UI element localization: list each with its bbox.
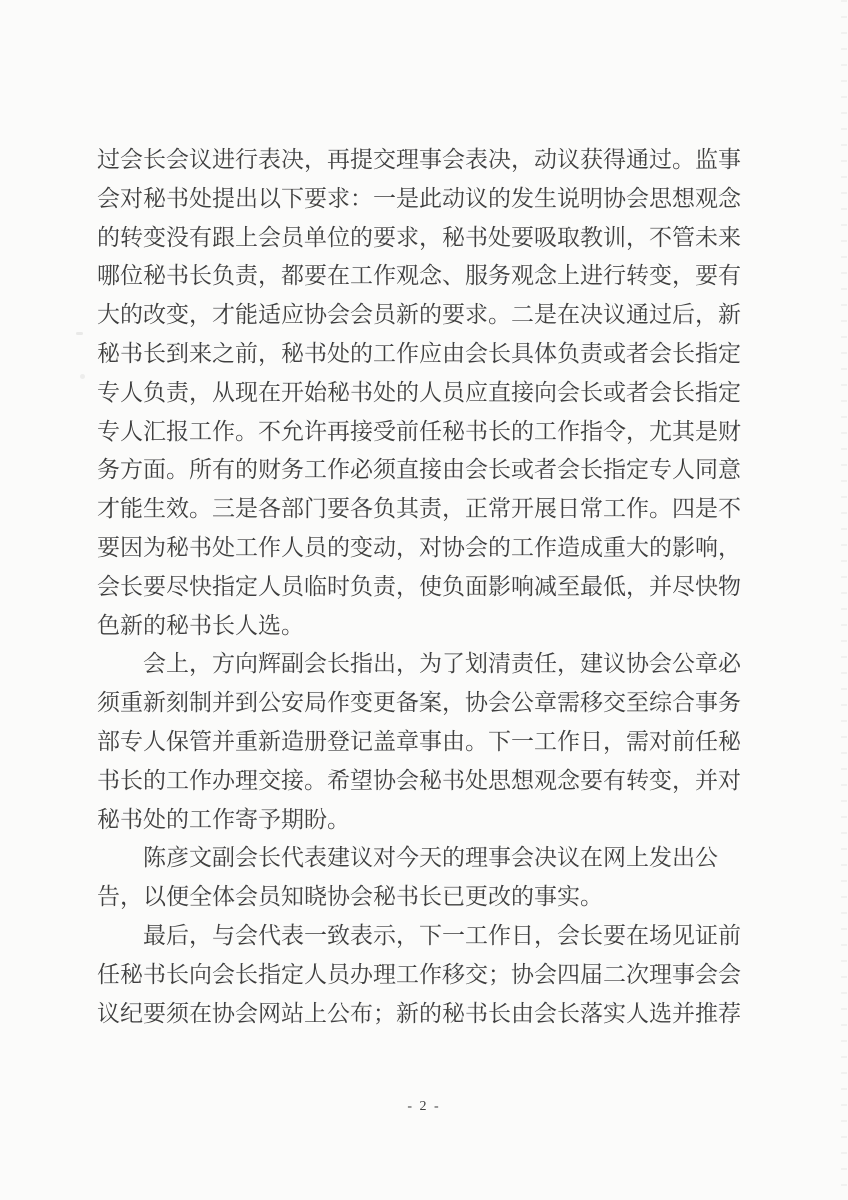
text-line: 秘书处的工作寄予期盼。 xyxy=(97,801,741,840)
text-line: 任秘书长向会长指定人员办理工作移交；协会四届二次理事会会 xyxy=(97,956,741,995)
text-line: 的转变没有跟上会员单位的要求，秘书处要吸取教训，不管未来 xyxy=(97,219,741,258)
page-number: - 2 - xyxy=(0,1099,848,1115)
text-line: 告，以便全体会员知晓协会秘书长已更改的事实。 xyxy=(97,878,741,917)
scan-noise xyxy=(841,0,847,1200)
text-line: 大的改变，才能适应协会会员新的要求。二是在决议通过后，新 xyxy=(97,296,741,335)
text-line: 会上，方向辉副会长指出，为了划清责任，建议协会公章必 xyxy=(97,645,741,684)
text-line: 最后，与会代表一致表示，下一工作日，会长要在场见证前 xyxy=(97,917,741,956)
text-line: 须重新刻制并到公安局作变更备案，协会公章需移交至综合事务 xyxy=(97,684,741,723)
text-line: 秘书长到来之前，秘书处的工作应由会长具体负责或者会长指定 xyxy=(97,335,741,374)
document-page: 过会长会议进行表决，再提交理事会表决，动议获得通过。监事 会对秘书处提出以下要求… xyxy=(0,0,848,1200)
text-line: 要因为秘书处工作人员的变动，对协会的工作造成重大的影响， xyxy=(97,529,741,568)
text-line: 哪位秘书长负责，都要在工作观念、服务观念上进行转变，要有 xyxy=(97,257,741,296)
text-line: 务方面。所有的财务工作必须直接由会长或者会长指定专人同意 xyxy=(97,451,741,490)
text-line: 议纪要须在协会网站上公布；新的秘书长由会长落实人选并推荐 xyxy=(97,995,741,1034)
text-line: 部专人保管并重新造册登记盖章事由。下一工作日，需对前任秘 xyxy=(97,723,741,762)
document-body: 过会长会议进行表决，再提交理事会表决，动议获得通过。监事 会对秘书处提出以下要求… xyxy=(97,141,741,1033)
text-line: 会对秘书处提出以下要求：一是此动议的发生说明协会思想观念 xyxy=(97,180,741,219)
text-line: 色新的秘书长人选。 xyxy=(97,607,741,646)
scan-artifact xyxy=(76,332,83,335)
text-line: 会长要尽快指定人员临时负责，使负面影响减至最低，并尽快物 xyxy=(97,568,741,607)
text-line: 专人汇报工作。不允许再接受前任秘书长的工作指令，尤其是财 xyxy=(97,413,741,452)
text-line: 过会长会议进行表决，再提交理事会表决，动议获得通过。监事 xyxy=(97,141,741,180)
text-line: 书长的工作办理交接。希望协会秘书处思想观念要有转变，并对 xyxy=(97,762,741,801)
text-line: 专人负责，从现在开始秘书处的人员应直接向会长或者会长指定 xyxy=(97,374,741,413)
text-line: 才能生效。三是各部门要各负其责，正常开展日常工作。四是不 xyxy=(97,490,741,529)
text-line: 陈彦文副会长代表建议对今天的理事会决议在网上发出公 xyxy=(97,839,741,878)
scan-artifact xyxy=(80,374,85,379)
